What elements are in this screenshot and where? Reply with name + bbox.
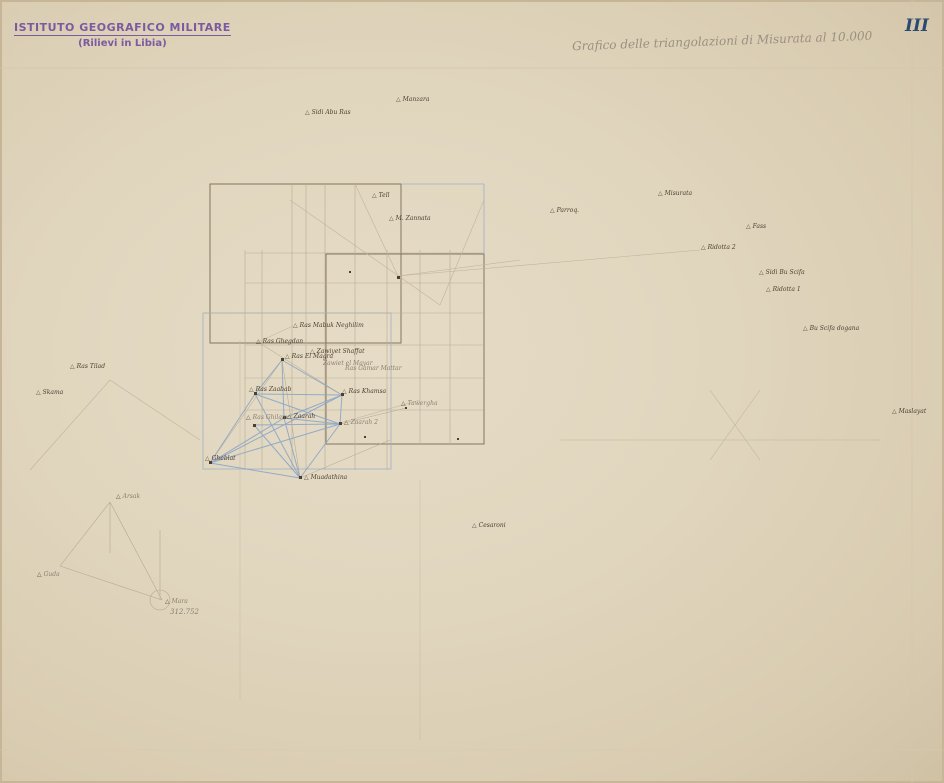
- station-label: △Maslayat: [892, 408, 926, 415]
- triangle-station-icon: △: [550, 207, 555, 214]
- triangle-station-icon: △: [344, 419, 349, 426]
- station-label: △Ras Khamsa: [342, 388, 386, 395]
- triangulation-drawing: [0, 0, 944, 783]
- map-sheet: ISTITUTO GEOGRAFICO MILITARE (Rilievi in…: [0, 0, 944, 783]
- station-label: △Gheblat: [205, 455, 236, 462]
- station-label: △Zaarah 2: [344, 419, 378, 426]
- triangle-station-icon: △: [246, 414, 251, 421]
- station-label: △Misurata: [658, 190, 692, 197]
- annotation-note: Ras Gamar Mattar: [345, 365, 402, 372]
- station-label: △Ras Ghilam: [246, 414, 288, 421]
- triangle-station-icon: △: [285, 353, 290, 360]
- station-label: △Mara: [165, 598, 188, 605]
- station-label: △Manzara: [396, 96, 429, 103]
- station-label: △Tawergha: [401, 400, 438, 407]
- triangle-station-icon: △: [305, 109, 310, 116]
- triangle-station-icon: △: [892, 408, 897, 415]
- station-label: △Cesaroni: [472, 522, 506, 529]
- triangle-station-icon: △: [70, 363, 75, 370]
- station-label: △Fass: [746, 223, 766, 230]
- triangle-station-icon: △: [256, 338, 261, 345]
- station-label: △Sidi Bu Scifa: [759, 269, 805, 276]
- triangle-station-icon: △: [746, 223, 751, 230]
- station-label: △Ridotta 1: [766, 286, 801, 293]
- station-label: △Ras Mabuk Neghilim: [293, 322, 364, 329]
- triangle-station-icon: △: [205, 455, 210, 462]
- triangle-station-icon: △: [401, 400, 406, 407]
- sheet-frames: [210, 184, 484, 444]
- triangle-station-icon: △: [249, 386, 254, 393]
- triangle-station-icon: △: [116, 493, 121, 500]
- station-label: △Zaarah: [287, 413, 315, 420]
- elevation-note: 312.752: [170, 608, 199, 616]
- triangle-station-icon: △: [342, 388, 347, 395]
- triangle-station-icon: △: [37, 571, 42, 578]
- station-label: △Tell: [372, 192, 390, 199]
- triangle-station-icon: △: [701, 244, 706, 251]
- station-label: △Muadathina: [304, 474, 347, 481]
- triangle-station-icon: △: [472, 522, 477, 529]
- triangle-station-icon: △: [372, 192, 377, 199]
- station-label: △Zawiyet Shaffat: [310, 348, 364, 355]
- station-label: △Arsak: [116, 493, 140, 500]
- station-label: △Ras Ghegdan: [256, 338, 303, 345]
- station-label: △Ras Tilad: [70, 363, 105, 370]
- station-label: △Sidi Abu Ras: [305, 109, 351, 116]
- station-label: △Ridotta 2: [701, 244, 736, 251]
- triangle-station-icon: △: [396, 96, 401, 103]
- station-label: △Parroq.: [550, 207, 579, 214]
- station-label: △Bu Scifa dogana: [803, 325, 859, 332]
- station-label: △Guda: [37, 571, 60, 578]
- triangle-station-icon: △: [310, 348, 315, 355]
- triangle-station-icon: △: [389, 215, 394, 222]
- triangle-station-icon: △: [766, 286, 771, 293]
- triangle-station-icon: △: [658, 190, 663, 197]
- triangle-station-icon: △: [759, 269, 764, 276]
- triangle-station-icon: △: [304, 474, 309, 481]
- triangle-station-icon: △: [803, 325, 808, 332]
- lower-left-triangle: [60, 502, 170, 610]
- station-label: △Ras Zaabab: [249, 386, 291, 393]
- triangle-station-icon: △: [165, 598, 170, 605]
- station-label: △M. Zannata: [389, 215, 431, 222]
- triangle-station-icon: △: [36, 389, 41, 396]
- triangle-station-icon: △: [293, 322, 298, 329]
- station-label: △Skama: [36, 389, 63, 396]
